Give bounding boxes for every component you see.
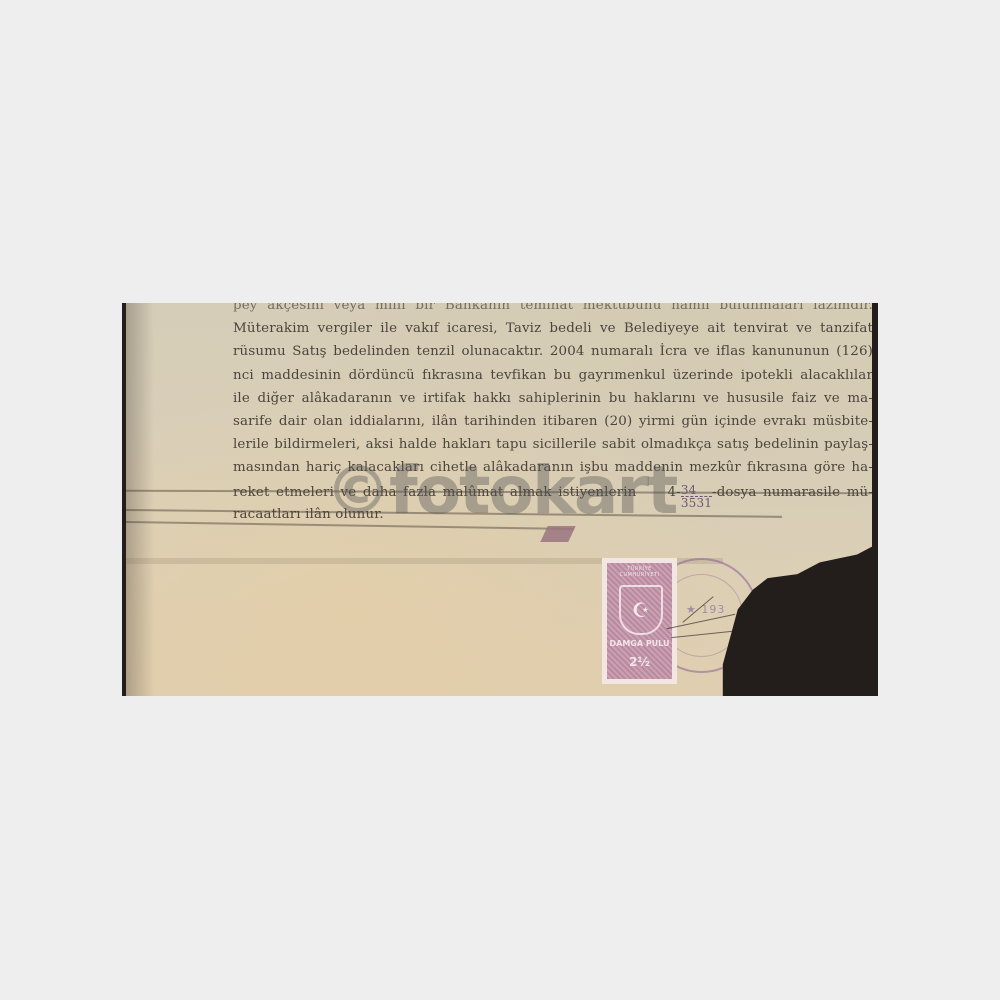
stamp-label: DAMGA PULU xyxy=(607,639,672,648)
stamp-value: 2½ xyxy=(607,655,672,669)
text-line: masından hariç kalacakları cihetle alâka… xyxy=(233,456,873,479)
legal-notice-text: pey akçesini veya millî bir Bankanın tem… xyxy=(233,303,873,526)
text-line: ile diğer alâkadaranın ve irtifak hakkı … xyxy=(233,387,873,410)
scanned-document: pey akçesini veya millî bir Bankanın tem… xyxy=(122,303,878,696)
file-prefix: 4- xyxy=(668,485,681,500)
file-number-fraction: 343531 xyxy=(681,484,712,509)
paper-sheet: pey akçesini veya millî bir Bankanın tem… xyxy=(126,303,872,696)
text-segment: -dosya numarasile mü- xyxy=(712,485,873,500)
paper-edge-shadow xyxy=(126,303,154,696)
text-line: nci maddesinin dördüncü fıkrasına tevfik… xyxy=(233,364,873,387)
file-numerator: 34 xyxy=(681,484,712,497)
text-line-file-number: reket etmeleri ve daha fazla malûmat alm… xyxy=(233,480,873,503)
revenue-stamp-face: TÜRKİYE CUMHURİYETİ ☪ DAMGA PULU 2½ xyxy=(607,563,672,679)
stamp-header: TÜRKİYE CUMHURİYETİ xyxy=(607,566,672,578)
text-segment: reket etmeleri ve daha fazla malûmat alm… xyxy=(233,485,636,500)
file-denominator: 3531 xyxy=(681,497,712,509)
text-line: rüsumu Satış bedelinden tenzil olunacakt… xyxy=(233,340,873,363)
text-line: Müterakim vergiler ile vakıf icaresi, Ta… xyxy=(233,317,873,340)
ink-stain xyxy=(540,526,575,542)
text-line: lerile bildirmeleri, aksi halde hakları … xyxy=(233,433,873,456)
revenue-stamp: TÜRKİYE CUMHURİYETİ ☪ DAMGA PULU 2½ xyxy=(602,558,677,684)
text-line: racaatları ilân olunur. xyxy=(233,503,873,526)
crescent-star-icon: ☪ xyxy=(619,585,663,635)
text-line: pey akçesini veya millî bir Bankanın tem… xyxy=(233,303,873,317)
text-line: sarife dair olan iddialarını, ilân tarih… xyxy=(233,410,873,433)
